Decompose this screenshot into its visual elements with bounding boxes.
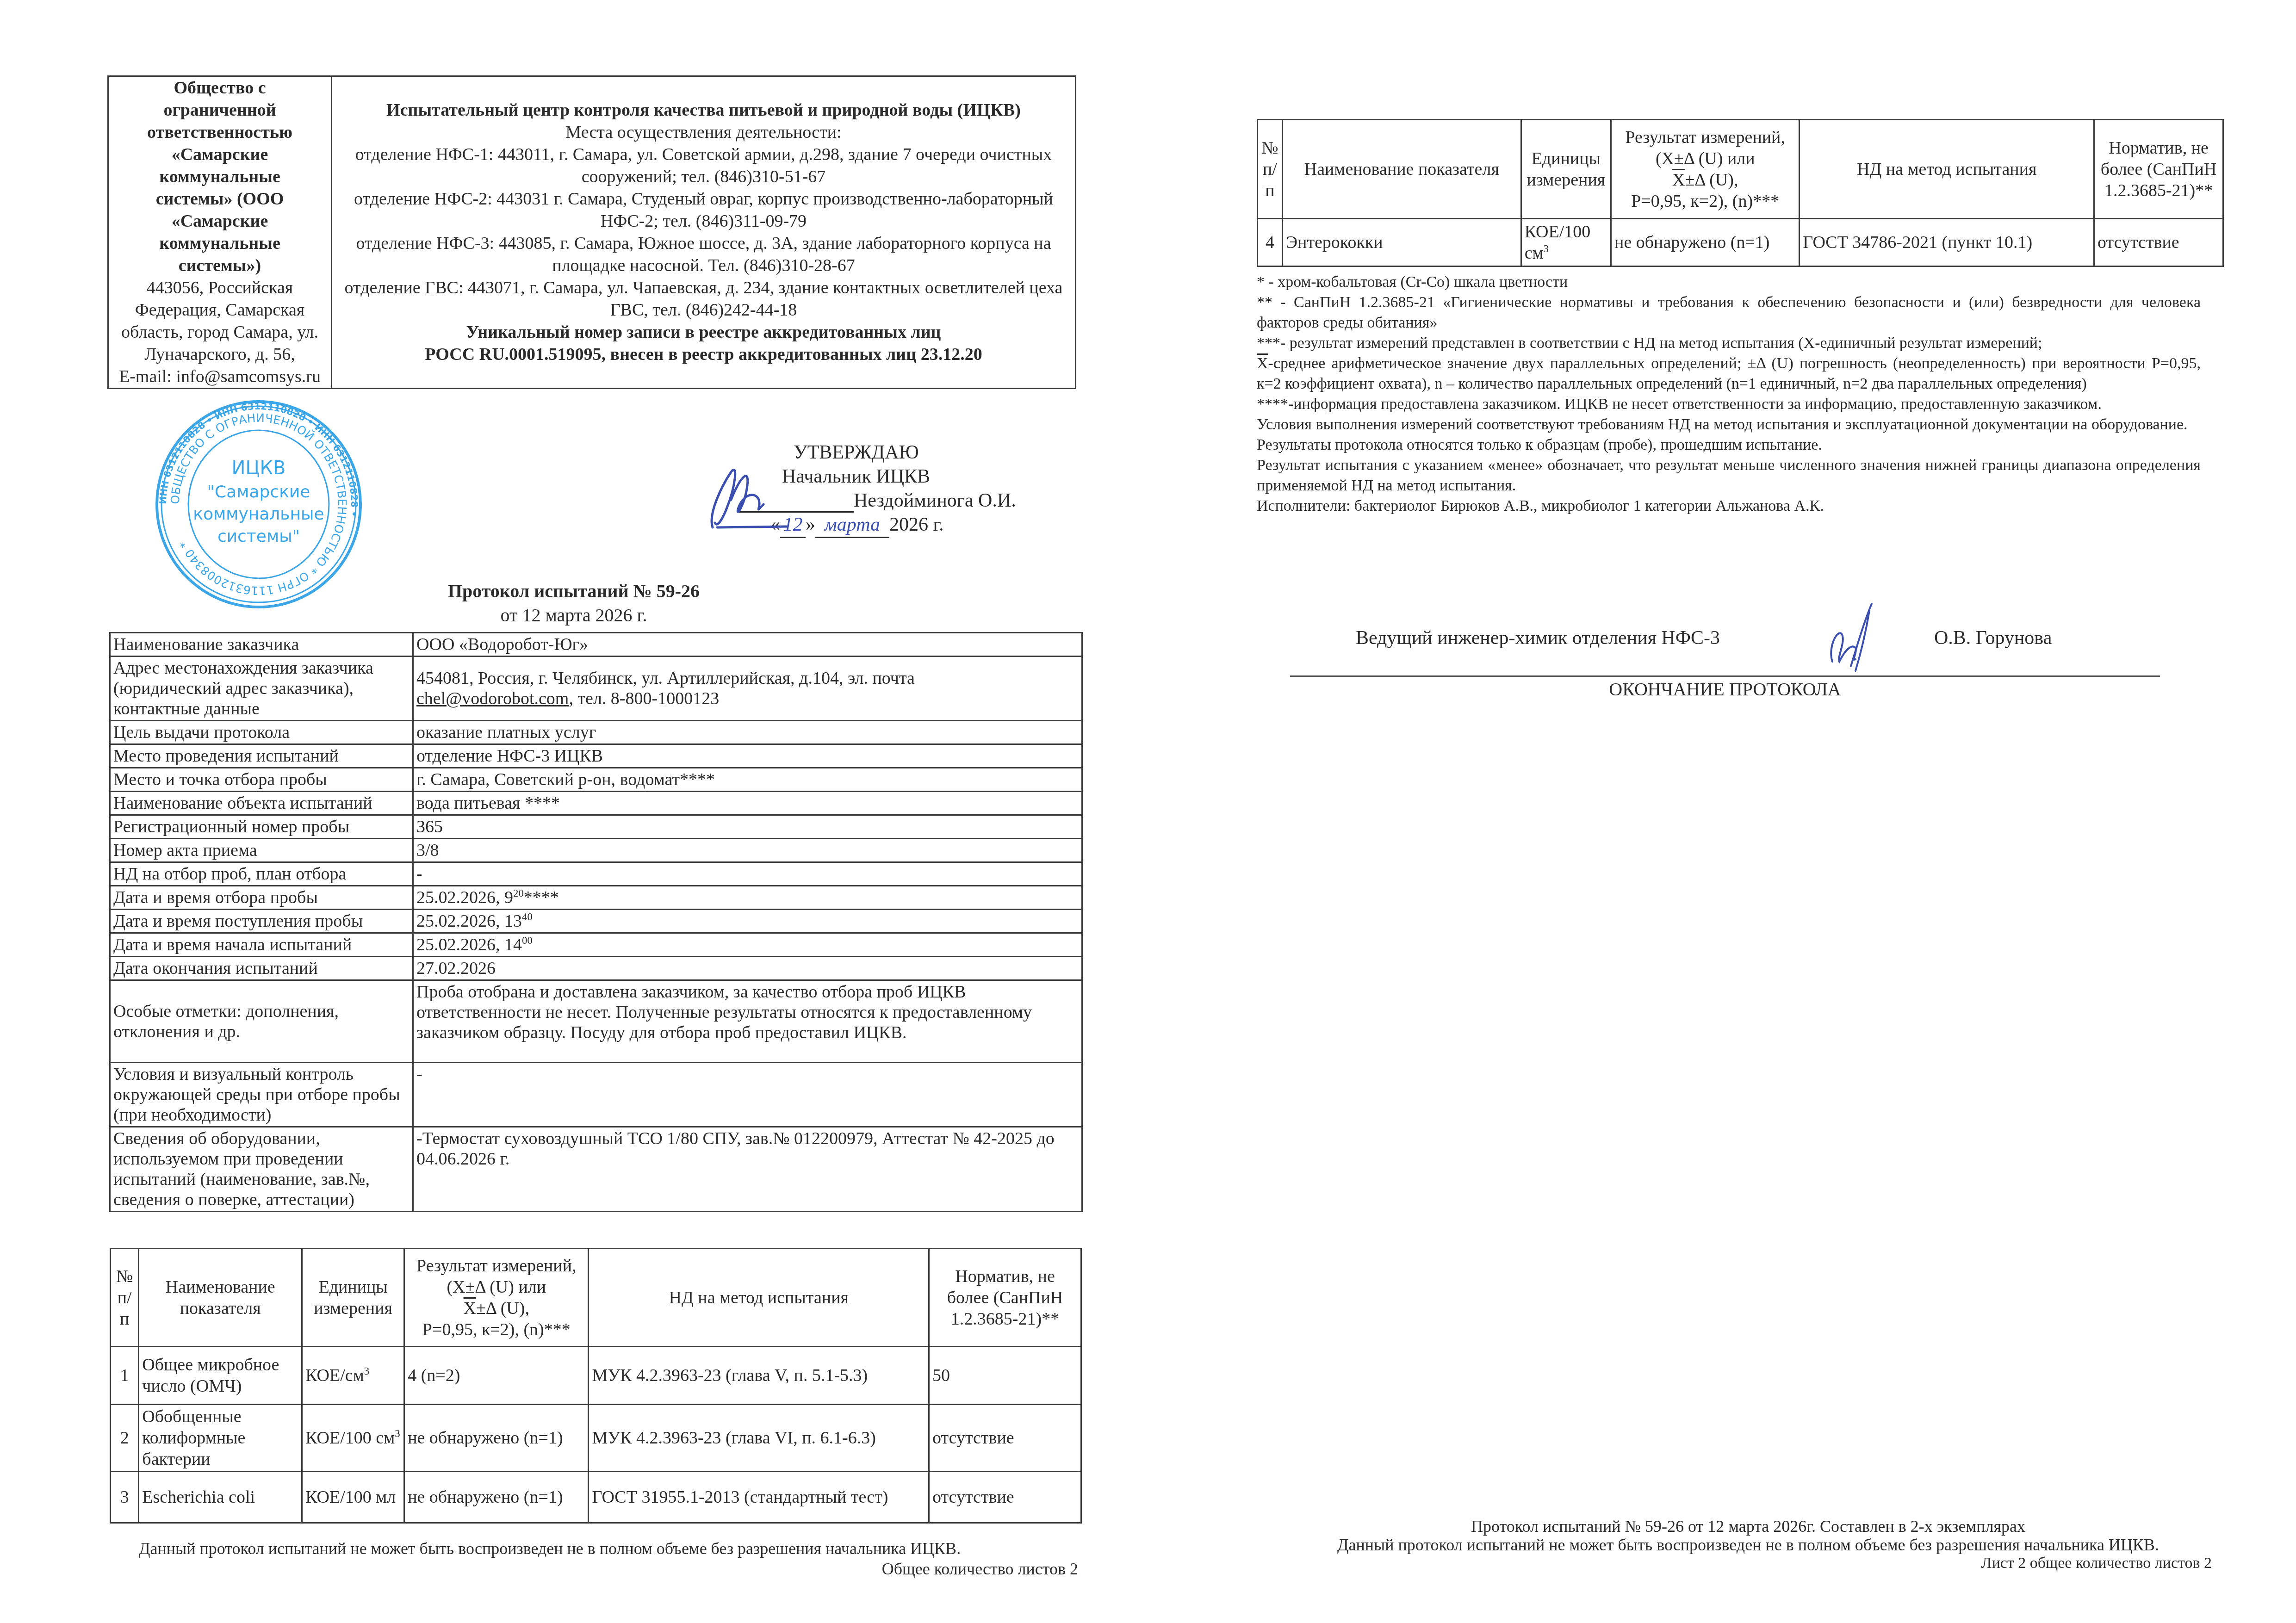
footnote-2: ** - СанПиН 1.2.3685-21 «Гигиенические н… bbox=[1257, 292, 2201, 333]
footnote-3-cont: X-среднее арифметическое значение двух п… bbox=[1257, 353, 2201, 394]
protocol-copies-note: Протокол испытаний № 59-26 от 12 марта 2… bbox=[1290, 1517, 2206, 1536]
svg-text:ИЦКВ: ИЦКВ bbox=[232, 458, 286, 479]
branch-nfs1: отделение НФС-1: 443011, г. Самара, ул. … bbox=[341, 143, 1066, 188]
page-count: Общее количество листов 2 bbox=[708, 1559, 1078, 1579]
table-row: Регистрационный номер пробы 365 bbox=[110, 815, 1082, 839]
approver-name: Нездойминога О.И. bbox=[854, 490, 1016, 511]
results-header-row: № п/п Наименование показателя Единицы из… bbox=[111, 1249, 1081, 1347]
signer-name: О.В. Горунова bbox=[1934, 627, 2052, 649]
end-divider bbox=[1290, 675, 2160, 677]
col-method: НД на метод испытания bbox=[589, 1249, 929, 1347]
approval-month: марта bbox=[815, 513, 889, 538]
table-row: Место и точка отбора пробы г. Самара, Со… bbox=[110, 768, 1082, 792]
end-of-protocol-label: ОКОНЧАНИЕ ПРОТОКОЛА bbox=[1290, 678, 2160, 700]
signer-position: Ведущий инженер-химик отделения НФС-3 bbox=[1356, 627, 1720, 649]
table-row: Условия и визуальный контроль окружающей… bbox=[110, 1063, 1082, 1127]
branch-gvs: отделение ГВС: 443071, г. Самара, ул. Ча… bbox=[341, 277, 1066, 321]
col-result: Результат измерений, (X±Δ (U) или X±Δ (U… bbox=[404, 1249, 589, 1347]
org-name: Общество с ограниченной ответственностью… bbox=[111, 77, 329, 277]
results-table: № п/п Наименование показателя Единицы из… bbox=[110, 1248, 1082, 1524]
accreditation-line-1: Уникальный номер записи в реестре аккред… bbox=[341, 321, 1066, 343]
approval-year: 2026 г. bbox=[889, 514, 944, 535]
table-row: НД на отбор проб, план отбора - bbox=[110, 862, 1082, 886]
note-results-scope: Результаты протокола относятся только к … bbox=[1257, 435, 2201, 455]
table-row: Дата и время отбора пробы 25.02.2026, 92… bbox=[110, 886, 1082, 910]
table-row: Номер акта приема 3/8 bbox=[110, 839, 1082, 862]
table-row: Место проведения испытаний отделение НФС… bbox=[110, 744, 1082, 768]
protocol-heading: Протокол испытаний № 59-26 от 12 марта 2… bbox=[366, 579, 782, 627]
table-row: 1 Общее микробное число (ОМЧ) КОЕ/см3 4 … bbox=[111, 1347, 1081, 1405]
table-row: Сведения об оборудовании, используемом п… bbox=[110, 1127, 1082, 1212]
col-norm: Норматив, не более (СанПиН 1.2.3685-21)*… bbox=[929, 1249, 1081, 1347]
reproduction-notice: Данный протокол испытаний не может быть … bbox=[139, 1538, 961, 1559]
note-conditions: Условия выполнения измерений соответству… bbox=[1257, 415, 2201, 435]
signature-icon bbox=[1823, 601, 1874, 675]
footnote-3: ***- результат измерений представлен в с… bbox=[1257, 333, 2201, 353]
footnote-4: ****-информация предоставлена заказчиком… bbox=[1257, 394, 2201, 415]
note-performers: Исполнители: бактериолог Бирюков А.В., м… bbox=[1257, 496, 2201, 516]
col-num: № п/п bbox=[1258, 120, 1283, 219]
organization-header-table: Общество с ограниченной ответственностью… bbox=[107, 75, 1076, 389]
table-row: Наименование заказчика ООО «Водоробот-Юг… bbox=[110, 633, 1082, 657]
center-subtitle: Места осуществления деятельности: bbox=[341, 121, 1066, 143]
branch-nfs2: отделение НФС-2: 443031 г. Самара, Студе… bbox=[341, 188, 1066, 232]
table-row: Дата окончания испытаний 27.02.2026 bbox=[110, 957, 1082, 980]
table-row: Наименование объекта испытаний вода пить… bbox=[110, 792, 1082, 815]
branch-nfs3: отделение НФС-3: 443085, г. Самара, Южно… bbox=[341, 232, 1066, 277]
col-num: № п/п bbox=[111, 1249, 139, 1347]
results-table-continued: № п/п Наименование показателя Единицы из… bbox=[1257, 119, 2224, 267]
footnote-1: * - хром-кобальтовая (Cr-Co) шкала цветн… bbox=[1257, 272, 2201, 292]
svg-text:коммунальные: коммунальные bbox=[193, 505, 324, 524]
col-unit: Единицы измерения bbox=[302, 1249, 404, 1347]
page-count: Лист 2 общее количество листов 2 bbox=[1851, 1555, 2212, 1572]
accreditation-line-2: РОСС RU.0001.519095, внесен в реестр акк… bbox=[341, 343, 1066, 365]
sample-info-table: Наименование заказчика ООО «Водоробот-Юг… bbox=[109, 632, 1083, 1212]
table-row: 4 Энтерококки КОЕ/100 см3 не обнаружено … bbox=[1258, 219, 2223, 266]
table-row: Цель выдачи протокола оказание платных у… bbox=[110, 721, 1082, 744]
table-row: Адрес местонахождения заказчика (юридиче… bbox=[110, 657, 1082, 721]
col-name: Наименование показателя bbox=[1282, 120, 1521, 219]
table-row: Особые отметки: дополнения, отклонения и… bbox=[110, 980, 1082, 1063]
col-norm: Норматив, не более (СанПиН 1.2.3685-21)*… bbox=[2094, 120, 2223, 219]
table-row: 2 Обобщенные колиформные бактерии КОЕ/10… bbox=[111, 1405, 1081, 1472]
col-result: Результат измерений, (X±Δ (U) или X±Δ (U… bbox=[1611, 120, 1800, 219]
col-method: НД на метод испытания bbox=[1800, 120, 2094, 219]
footnotes: * - хром-кобальтовая (Cr-Co) шкала цветн… bbox=[1257, 272, 2201, 516]
svg-text:"Самарские: "Самарские bbox=[207, 483, 310, 502]
customer-email-link[interactable]: chel@vodorobot.com bbox=[416, 689, 569, 708]
svg-text:системы": системы" bbox=[217, 527, 300, 546]
signature-icon bbox=[703, 458, 796, 532]
table-row: Дата и время начала испытаний 25.02.2026… bbox=[110, 933, 1082, 957]
center-title: Испытательный центр контроля качества пи… bbox=[341, 99, 1066, 121]
organization-cell: Общество с ограниченной ответственностью… bbox=[108, 76, 332, 389]
col-unit: Единицы измерения bbox=[1521, 120, 1611, 219]
organization-stamp: ИНН 6312110828 • ИНН 6312110828 • ИНН 63… bbox=[154, 400, 364, 608]
page-1: Общество с ограниченной ответственностью… bbox=[0, 0, 1148, 1623]
svg-text:ОБЩЕСТВО С ОГРАНИЧЕННОЙ ОТВЕТС: ОБЩЕСТВО С ОГРАНИЧЕННОЙ ОТВЕТСТВЕННОСТЬЮ… bbox=[168, 411, 349, 597]
org-address: 443056, Российская Федерация, Самарская … bbox=[111, 277, 329, 388]
stamp-seal-icon: ИНН 6312110828 • ИНН 6312110828 • ИНН 63… bbox=[154, 400, 364, 608]
protocol-date: от 12 марта 2026 г. bbox=[366, 603, 782, 627]
note-less-than: Результат испытания с указанием «менее» … bbox=[1257, 455, 2201, 496]
protocol-title: Протокол испытаний № 59-26 bbox=[366, 579, 782, 603]
col-name: Наименование показателя bbox=[139, 1249, 302, 1347]
reproduction-notice: Данный протокол испытаний не может быть … bbox=[1290, 1535, 2206, 1555]
table-row: Дата и время поступления пробы 25.02.202… bbox=[110, 910, 1082, 933]
table-row: 3 Escherichia coli КОЕ/100 мл не обнаруж… bbox=[111, 1472, 1081, 1523]
results-header-row: № п/п Наименование показателя Единицы из… bbox=[1258, 120, 2223, 219]
testing-center-cell: Испытательный центр контроля качества пи… bbox=[332, 76, 1076, 389]
